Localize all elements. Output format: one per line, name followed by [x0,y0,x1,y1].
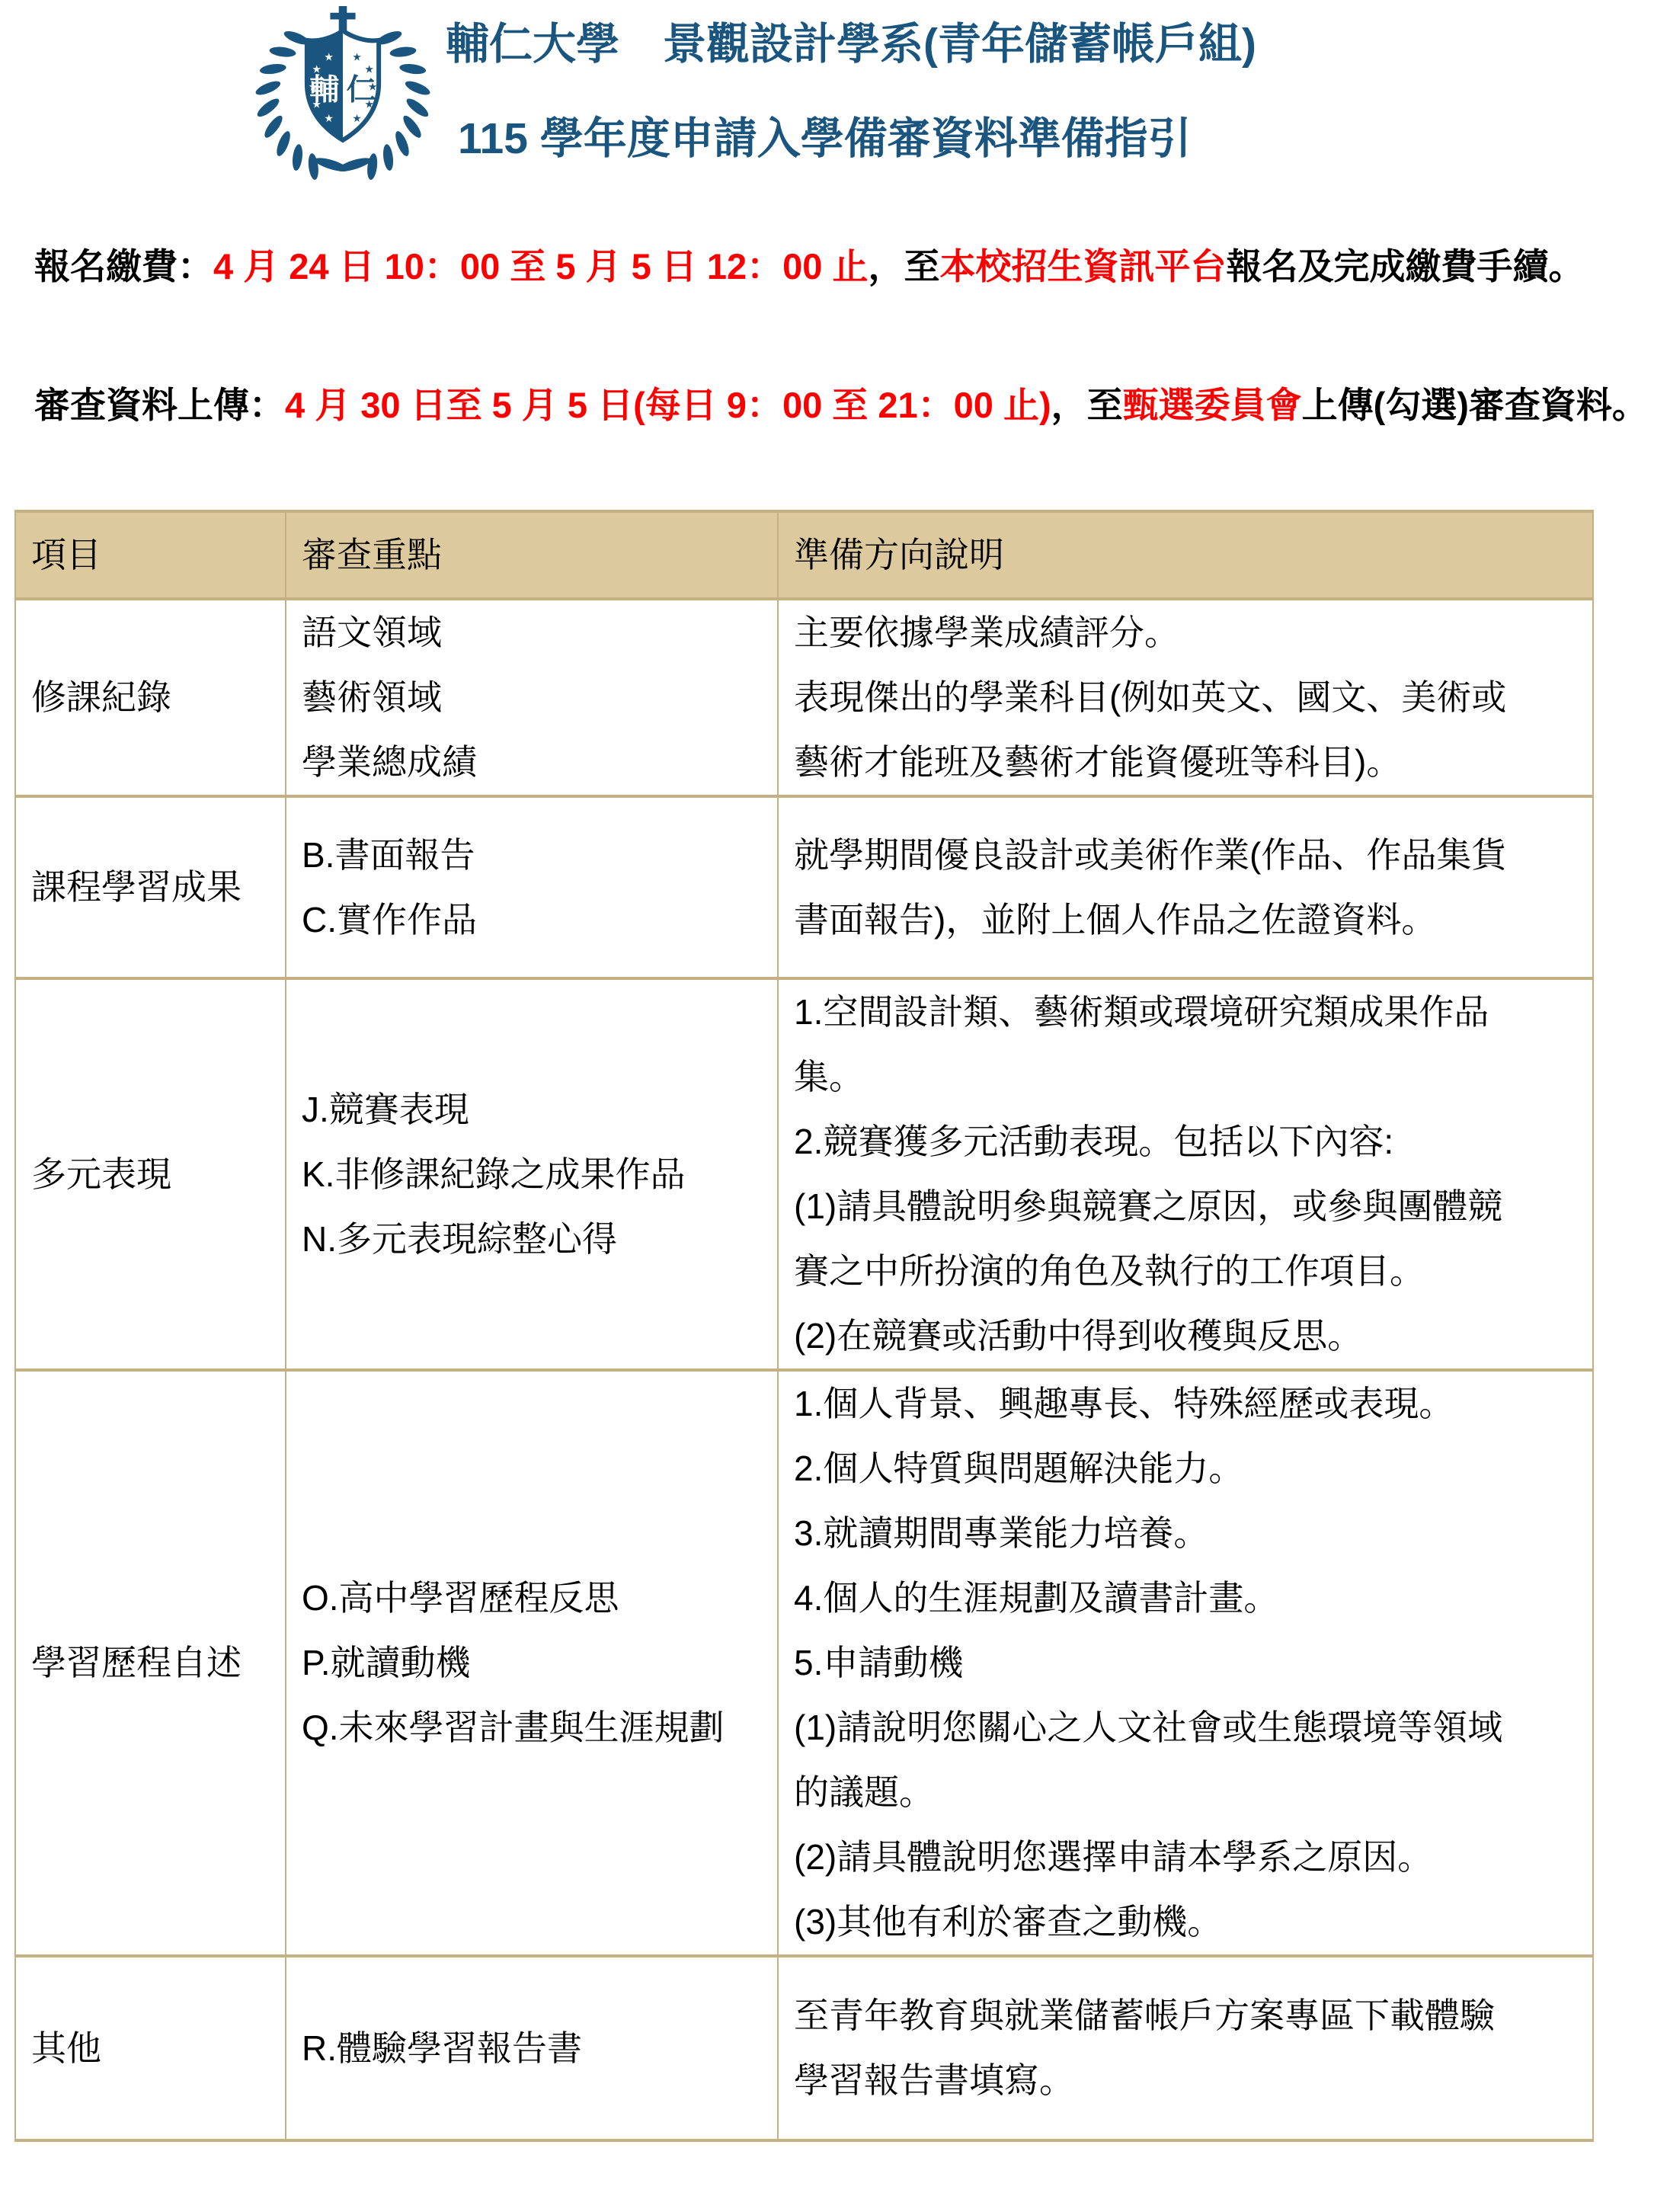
svg-text:★: ★ [364,98,373,110]
prep-guide-table: 項目 審查重點 準備方向說明 修課紀錄 語文領域藝術領域學業總成績 主要依據學業… [14,510,1594,2142]
description-text: 1.個人背景、興趣專長、特殊經歷或表現。2.個人特質與問題解決能力。3.就讀期間… [794,1372,1521,1954]
description-cell: 1.個人背景、興趣專長、特殊經歷或表現。2.個人特質與問題解決能力。3.就讀期間… [778,1370,1593,1956]
table-row: 修課紀錄 語文領域藝術領域學業總成績 主要依據學業成績評分。表現傑出的學業科目(… [15,599,1593,796]
focus-line: O.高中學習歷程反思 [302,1566,769,1631]
svg-text:★: ★ [364,63,373,75]
description-paragraph: (1)請說明您關心之人文社會或生態環境等領域的議題。 [794,1695,1521,1825]
document-title-line1: 輔仁大學 景觀設計學系(青年儲蓄帳戶組) [446,18,1256,70]
description-cell: 1.空間設計類、藝術類或環境研究類成果作品集。2.競賽獲多元活動表現。包括以下內… [778,978,1593,1370]
description-cell: 至青年教育與就業儲蓄帳戶方案專區下載體驗學習報告書填寫。 [778,1956,1593,2140]
focus-line: B.書面報告 [302,823,769,888]
description-paragraph: 4.個人的生涯規劃及讀書計畫。 [794,1566,1521,1631]
notice-segment: 報名繳費： [34,246,213,287]
column-header-description: 準備方向說明 [778,511,1593,599]
focus-line: N.多元表現綜整心得 [302,1207,769,1272]
shield-icon: 輔 仁 ★★★ ★★ ★★★ ★★ [307,30,379,140]
focus-line: 語文領域 [302,600,769,665]
description-cell: 就學期間優良設計或美術作業(作品、作品集貨書面報告)，並附上個人作品之佐證資料。 [778,796,1593,978]
description-text: 就學期間優良設計或美術作業(作品、作品集貨書面報告)，並附上個人作品之佐證資料。 [794,823,1521,952]
svg-text:★: ★ [324,113,333,124]
focus-line: J.競賽表現 [302,1077,769,1142]
notice-segment: 上傳(勾選)審查資料。 [1302,385,1648,425]
svg-text:★: ★ [312,98,321,110]
focus-line: 學業總成績 [302,730,769,795]
table-header-row: 項目 審查重點 準備方向說明 [15,511,1593,599]
document-title-line2: 115 學年度申請入學備審資料準備指引 [458,113,1192,165]
registration-payment-notice: 報名繳費：4 月 24 日 10：00 至 5 月 5 日 12：00 止，至本… [34,242,1634,291]
svg-text:★: ★ [309,81,318,92]
focus-line: K.非修課紀錄之成果作品 [302,1142,769,1207]
description-paragraph: 3.就讀期間專業能力培養。 [794,1501,1521,1566]
notice-segment: 4 月 30 日至 5 月 5 日(每日 9：00 至 21：00 止) [285,385,1051,425]
focus-line: C.實作作品 [302,888,769,952]
description-text: 主要依據學業成績評分。表現傑出的學業科目(例如英文、國文、美術或藝術才能班及藝術… [794,600,1521,795]
table-row: 其他 R.體驗學習報告書 至青年教育與就業儲蓄帳戶方案專區下載體驗學習報告書填寫… [15,1956,1593,2140]
university-logo-icon: 輔 仁 ★★★ ★★ ★★★ ★★ [253,6,433,181]
focus-cell: B.書面報告C.實作作品 [286,796,778,978]
focus-cell: J.競賽表現K.非修課紀錄之成果作品N.多元表現綜整心得 [286,978,778,1370]
item-label: 課程學習成果 [31,855,277,920]
item-cell: 學習歷程自述 [15,1370,286,1956]
notice-section: 報名繳費：4 月 24 日 10：00 至 5 月 5 日 12：00 止，至本… [34,242,1634,430]
description-text: 至青年教育與就業儲蓄帳戶方案專區下載體驗學習報告書填寫。 [794,1983,1521,2113]
column-header-focus: 審查重點 [286,511,778,599]
focus-cell: 語文領域藝術領域學業總成績 [286,599,778,796]
table-row: 多元表現 J.競賽表現K.非修課紀錄之成果作品N.多元表現綜整心得 1.空間設計… [15,978,1593,1370]
description-paragraph: 2.競賽獲多元活動表現。包括以下內容: [794,1109,1521,1174]
item-label: 多元表現 [31,1142,277,1207]
description-paragraph: 至青年教育與就業儲蓄帳戶方案專區下載體驗學習報告書填寫。 [794,1983,1521,2113]
svg-text:★: ★ [324,51,333,62]
notice-segment: 本校招生資訊平台 [939,246,1226,287]
svg-text:★: ★ [352,113,361,124]
description-paragraph: 主要依據學業成績評分。 [794,600,1521,665]
description-paragraph: (1)請具體說明參與競賽之原因，或參與團體競賽之中所扮演的角色及執行的工作項目。 [794,1174,1521,1304]
description-paragraph: 5.申請動機 [794,1631,1521,1695]
description-paragraph: 2.個人特質與問題解決能力。 [794,1436,1521,1501]
notice-segment: 4 月 24 日 10：00 至 5 月 5 日 12：00 止 [213,246,868,287]
focus-line: Q.未來學習計畫與生涯規劃 [302,1695,769,1760]
description-paragraph: 就學期間優良設計或美術作業(作品、作品集貨書面報告)，並附上個人作品之佐證資料。 [794,823,1521,952]
description-paragraph: (2)請具體說明您選擇申請本學系之原因。 [794,1825,1521,1890]
description-paragraph: 1.空間設計類、藝術類或環境研究類成果作品集。 [794,980,1521,1109]
item-cell: 其他 [15,1956,286,2140]
description-paragraph: 表現傑出的學業科目(例如英文、國文、美術或藝術才能班及藝術才能資優班等科目)。 [794,665,1521,795]
review-upload-notice: 審查資料上傳：4 月 30 日至 5 月 5 日(每日 9：00 至 21：00… [34,381,1634,430]
svg-text:★: ★ [312,63,321,75]
focus-cell: R.體驗學習報告書 [286,1956,778,2140]
focus-line: P.就讀動機 [302,1631,769,1695]
item-cell: 課程學習成果 [15,796,286,978]
focus-cell: O.高中學習歷程反思P.就讀動機Q.未來學習計畫與生涯規劃 [286,1370,778,1956]
item-label: 學習歷程自述 [31,1631,277,1695]
notice-segment: ，至 [1051,385,1123,425]
svg-text:★: ★ [352,51,361,62]
notice-segment: 報名及完成繳費手續。 [1226,246,1584,287]
focus-line: 藝術領域 [302,665,769,730]
item-cell: 修課紀錄 [15,599,286,796]
table-row: 課程學習成果 B.書面報告C.實作作品 就學期間優良設計或美術作業(作品、作品集… [15,796,1593,978]
table-row: 學習歷程自述 O.高中學習歷程反思P.就讀動機Q.未來學習計畫與生涯規劃 1.個… [15,1370,1593,1956]
notice-segment: ，至 [868,246,939,287]
svg-text:★: ★ [368,81,377,92]
column-header-item: 項目 [15,511,286,599]
focus-line: R.體驗學習報告書 [302,2016,769,2081]
description-paragraph: (2)在競賽或活動中得到收穫與反思。 [794,1304,1521,1368]
item-label: 修課紀錄 [31,665,277,730]
description-paragraph: (3)其他有利於審查之動機。 [794,1890,1521,1954]
description-cell: 主要依據學業成績評分。表現傑出的學業科目(例如英文、國文、美術或藝術才能班及藝術… [778,599,1593,796]
description-paragraph: 1.個人背景、興趣專長、特殊經歷或表現。 [794,1372,1521,1436]
notice-segment: 審查資料上傳： [34,385,285,425]
item-label: 其他 [31,2016,277,2081]
item-cell: 多元表現 [15,978,286,1370]
document-page: { "colors": { "navy": "#1A557F", "red": … [0,0,1670,2212]
description-text: 1.空間設計類、藝術類或環境研究類成果作品集。2.競賽獲多元活動表現。包括以下內… [794,980,1521,1368]
notice-segment: 甄選委員會 [1123,385,1302,425]
